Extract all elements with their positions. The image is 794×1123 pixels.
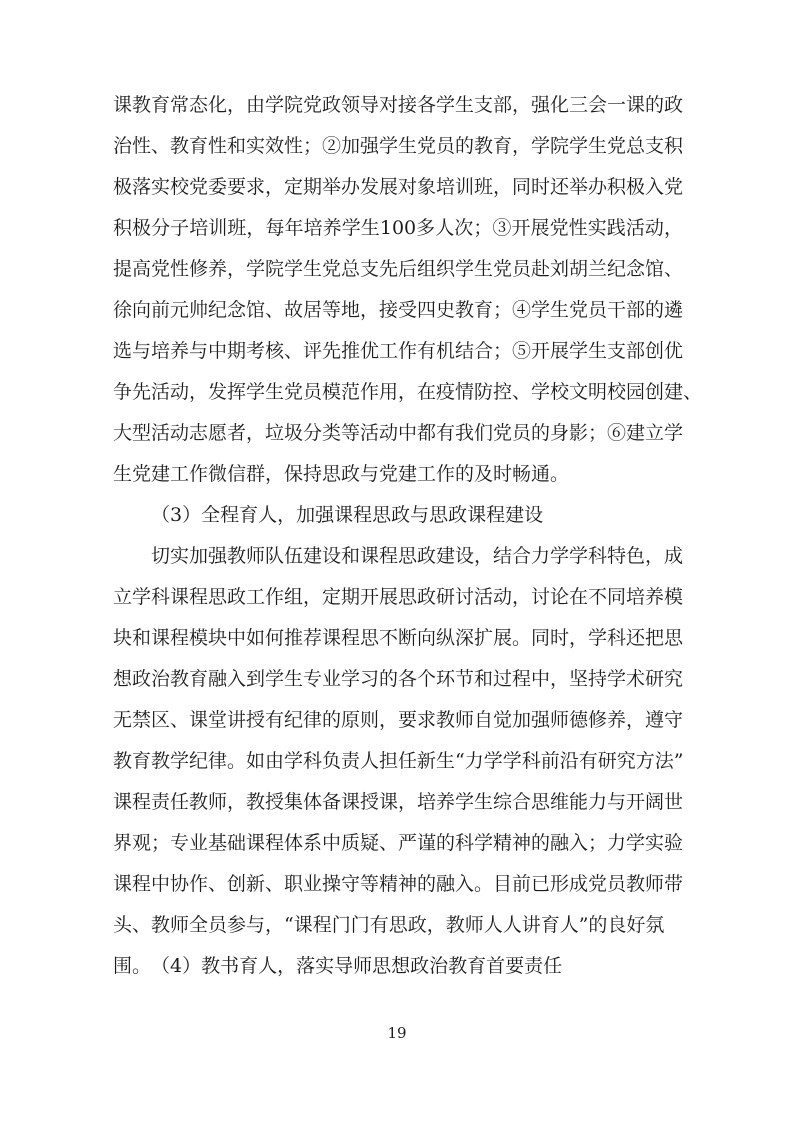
- text-line: 徐向前元帅纪念馆、故居等地，接受四史教育；④学生党员干部的遴: [113, 290, 683, 331]
- section-heading: （3）全程育人，加强课程思政与思政课程建设: [113, 495, 683, 536]
- text-line: 教育教学纪律。如由学科负责人担任新生“力学学科前沿有研究方法”: [113, 741, 683, 782]
- document-page: 课教育常态化，由学院党政领导对接各学生支部，强化三会一课的政 治性、教育性和实效…: [0, 0, 794, 1123]
- text-line: 生党建工作微信群，保持思政与党建工作的及时畅通。: [113, 454, 683, 495]
- text-line: 界观；专业基础课程体系中质疑、严谨的科学精神的融入；力学实验: [113, 823, 683, 864]
- text-line: 极落实校党委要求，定期举办发展对象培训班，同时还举办积极入党: [113, 167, 683, 208]
- text-line: 治性、教育性和实效性；②加强学生党员的教育，学院学生党总支积: [113, 126, 683, 167]
- text-line: 争先活动，发挥学生党员模范作用，在疫情防控、学校文明校园创建、: [113, 372, 683, 413]
- text-line: 课教育常态化，由学院党政领导对接各学生支部，强化三会一课的政: [113, 85, 683, 126]
- text-line: 切实加强教师队伍建设和课程思政建设，结合力学学科特色，成: [113, 536, 683, 577]
- text-line: 想政治教育融入到学生专业学习的各个环节和过程中，坚持学术研究: [113, 659, 683, 700]
- page-number: 19: [0, 1024, 794, 1042]
- text-line: 课程中协作、创新、职业操守等精神的融入。目前已形成党员教师带: [113, 864, 683, 905]
- text-line: 立学科课程思政工作组，定期开展思政研讨活动，讨论在不同培养模: [113, 577, 683, 618]
- text-line: 选与培养与中期考核、评先推优工作有机结合；⑤开展学生支部创优: [113, 331, 683, 372]
- text-line: 课程责任教师，教授集体备课授课，培养学生综合思维能力与开阔世: [113, 782, 683, 823]
- text-line: 提高党性修养，学院学生党总支先后组织学生党员赴刘胡兰纪念馆、: [113, 249, 683, 290]
- body-text: 课教育常态化，由学院党政领导对接各学生支部，强化三会一课的政 治性、教育性和实效…: [113, 85, 683, 987]
- text-line: 大型活动志愿者，垃圾分类等活动中都有我们党员的身影；⑥建立学: [113, 413, 683, 454]
- text-line: 块和课程模块中如何推荐课程思不断向纵深扩展。同时，学科还把思: [113, 618, 683, 659]
- text-line: 积极分子培训班，每年培养学生100多人次；③开展党性实践活动，: [113, 208, 683, 249]
- text-line: 头、教师全员参与，“课程门门有思政，教师人人讲育人”的良好氛围。: [113, 905, 683, 946]
- section-heading: （4）教书育人，落实导师思想政治教育首要责任: [113, 946, 683, 987]
- text-line: 无禁区、课堂讲授有纪律的原则，要求教师自觉加强师德修养，遵守: [113, 700, 683, 741]
